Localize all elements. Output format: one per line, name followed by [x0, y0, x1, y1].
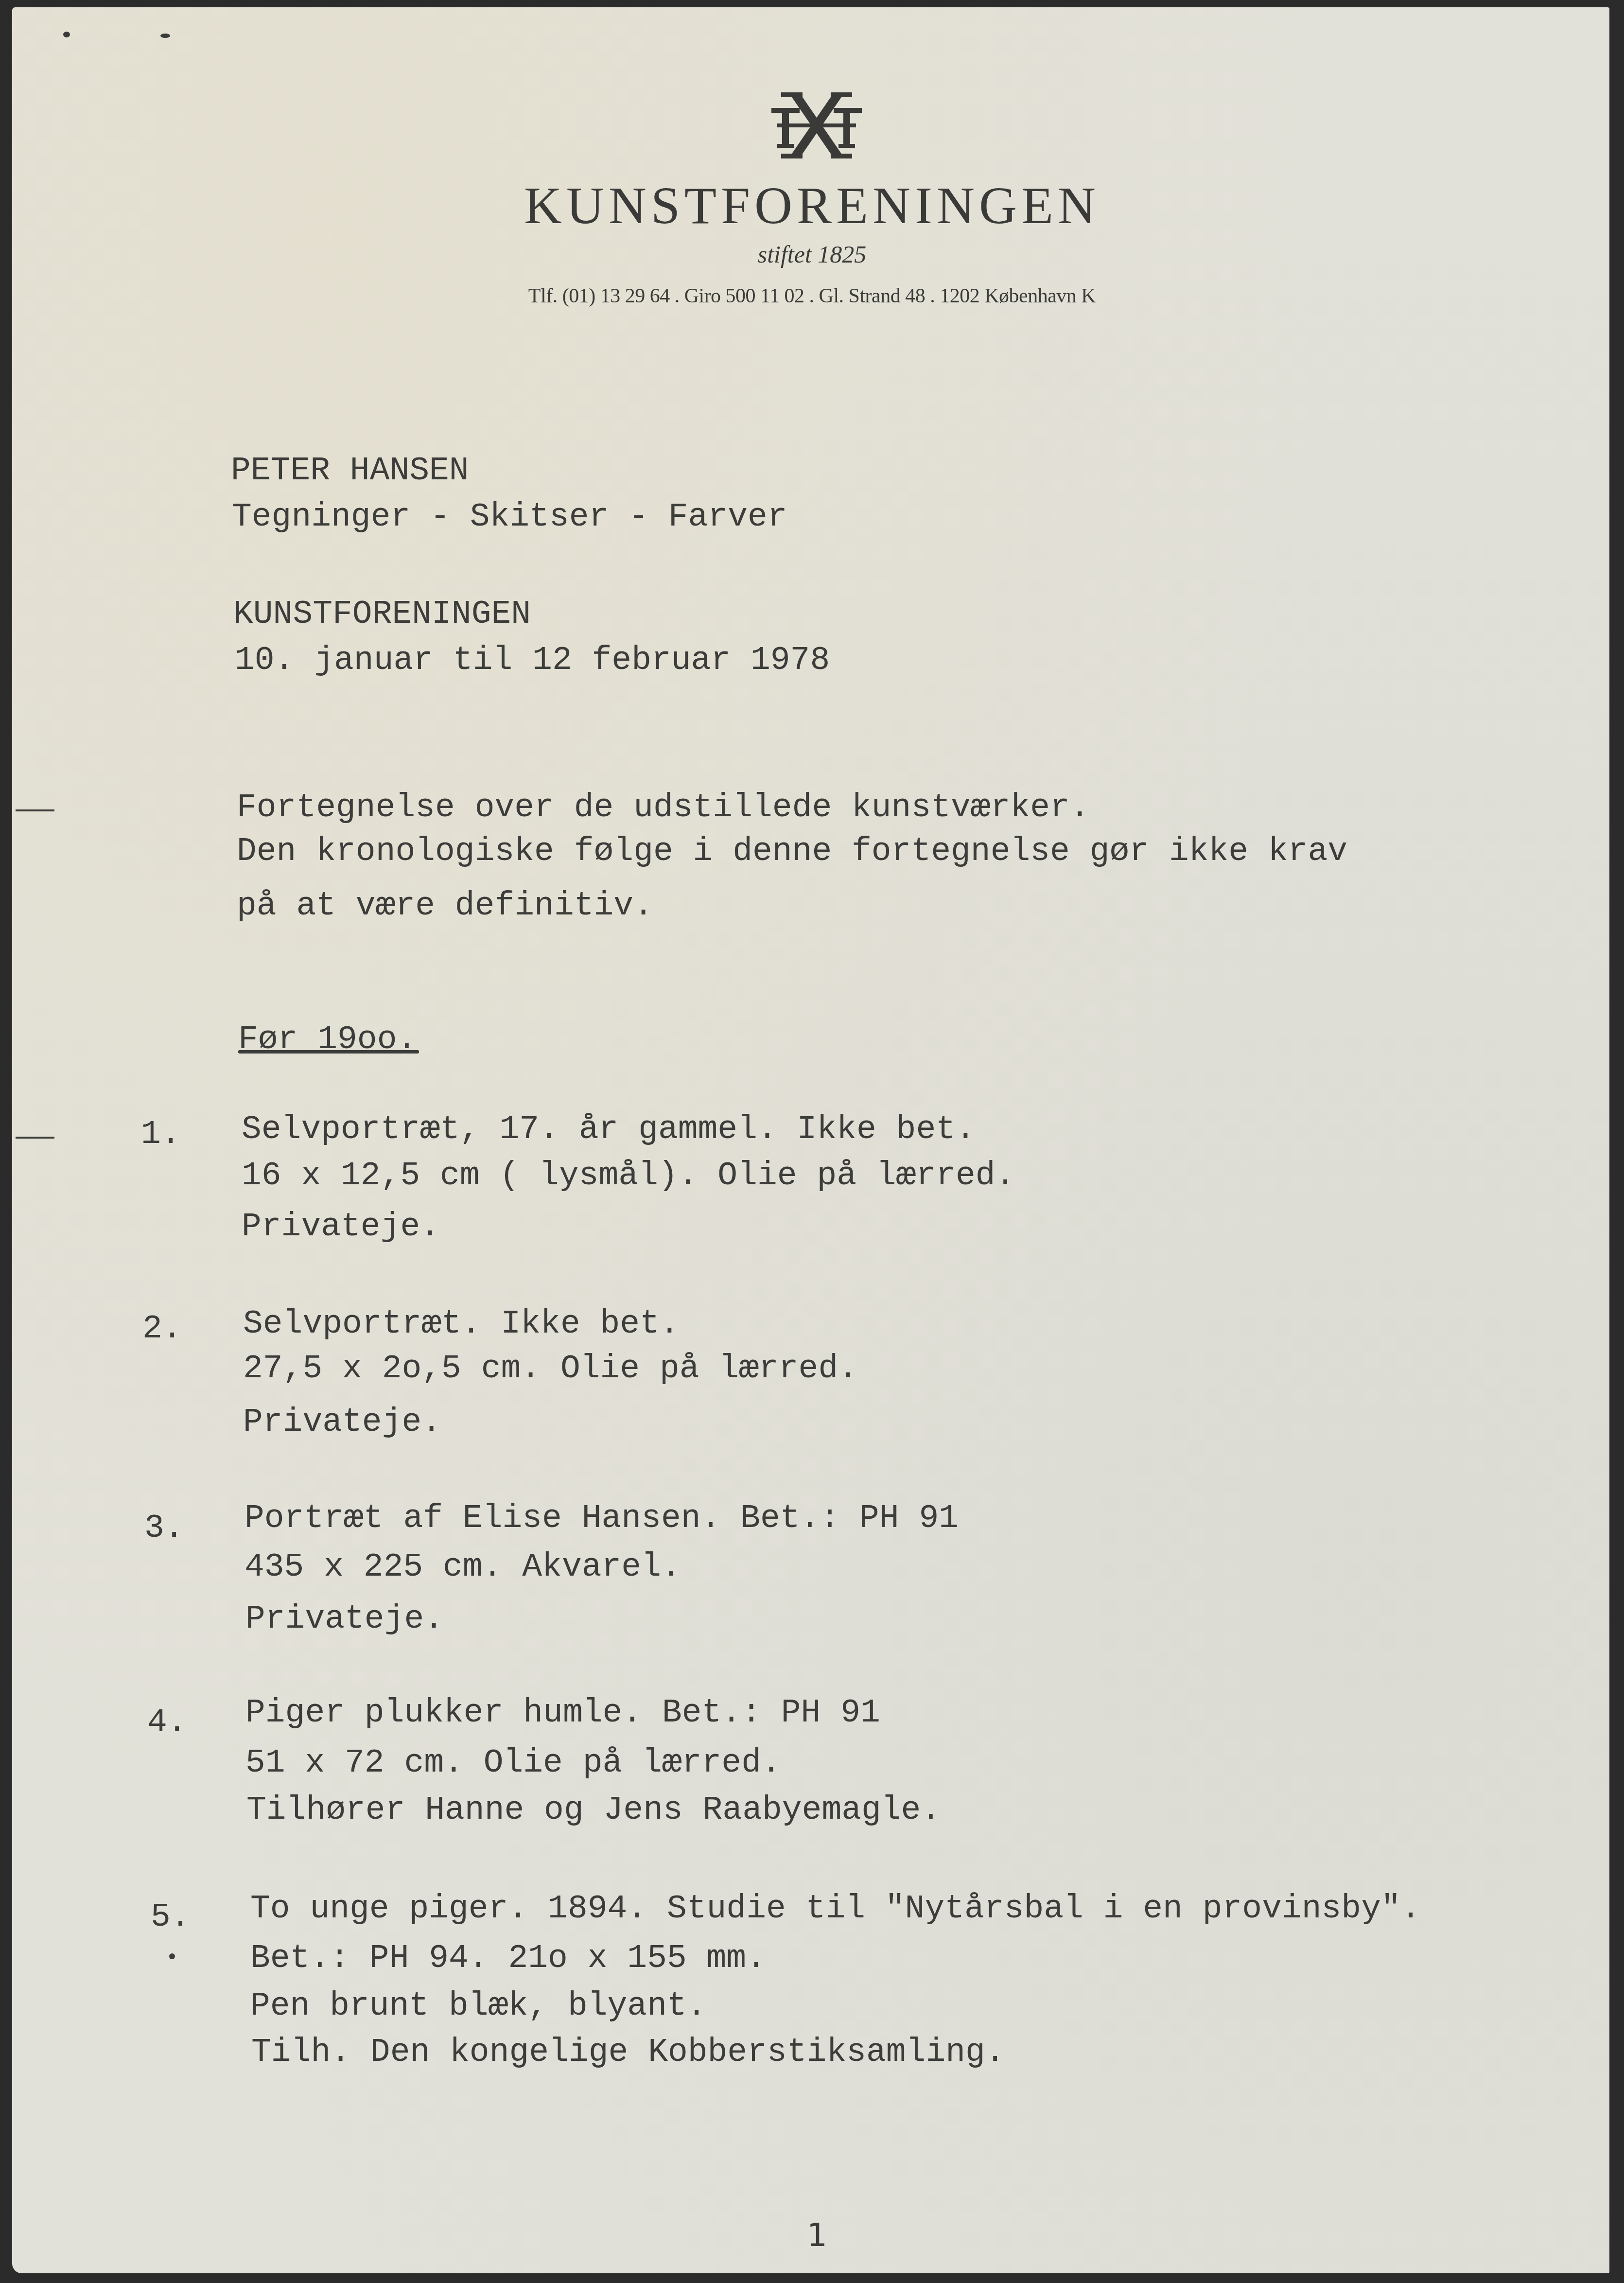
venue-name: KUNSTFORENINGEN — [233, 598, 531, 631]
artist-name: PETER HANSEN — [231, 455, 469, 488]
kf-monogram-icon — [770, 91, 863, 159]
founded-tagline: stiftet 1825 — [0, 242, 1624, 266]
contact-line: Tlf. (01) 13 29 64 . Giro 500 11 02 . Gl… — [0, 286, 1624, 306]
item-medium-line: Pen brunt blæk, blyant. — [250, 1990, 707, 2023]
item-owner-line: Privateje. — [242, 1211, 440, 1244]
item-title-line: Selvportræt, 17. år gammel. Ikke bet. — [242, 1113, 976, 1146]
item-signature-line: Bet.: PH 94. 21o x 155 mm. — [250, 1942, 766, 1975]
item-title-line: Piger plukker humle. Bet.: PH 91 — [245, 1697, 880, 1730]
item-owner-line: Privateje. — [245, 1603, 444, 1636]
item-dimensions-line: 16 x 12,5 cm ( lysmål). Olie på lærred. — [242, 1159, 1015, 1193]
item-dimensions-line: 435 x 225 cm. Akvarel. — [244, 1551, 681, 1584]
item-dimensions-line: 27,5 x 2o,5 cm. Olie på lærred. — [243, 1352, 858, 1386]
item-number: 4. — [147, 1706, 187, 1739]
item-owner-line: Privateje. — [243, 1406, 441, 1439]
margin-mark — [16, 1137, 54, 1139]
item-title-line: Portræt af Elise Hansen. Bet.: PH 91 — [244, 1502, 959, 1535]
section-heading-underline — [238, 1050, 419, 1054]
item-title-line: Selvportræt. Ikke bet. — [243, 1308, 680, 1341]
item-number: 2. — [142, 1313, 182, 1346]
item-number: 5. — [151, 1901, 191, 1934]
exhibition-subtitle: Tegninger - Skitser - Farver — [232, 501, 787, 534]
item-number: 1. — [141, 1118, 181, 1151]
intro-line-3: på at være definitiv. — [237, 890, 653, 923]
intro-line-2: Den kronologiske følge i denne fortegnel… — [237, 835, 1347, 868]
punch-hole-mark — [63, 32, 70, 37]
punch-hole-mark — [160, 34, 170, 38]
exhibition-dates: 10. januar til 12 februar 1978 — [235, 644, 830, 677]
item-owner-line: Tilh. Den kongelige Kobberstiksamling. — [251, 2036, 1005, 2069]
item-number: 3. — [144, 1512, 184, 1545]
item-title-line: To unge piger. 1894. Studie til "Nytårsb… — [250, 1893, 1421, 1926]
margin-dot-mark — [169, 1953, 175, 1959]
item-owner-line: Tilhører Hanne og Jens Raabyemagle. — [246, 1794, 941, 1827]
item-dimensions-line: 51 x 72 cm. Olie på lærred. — [245, 1747, 781, 1780]
intro-line-1: Fortegnelse over de udstillede kunstværk… — [237, 791, 1090, 825]
organization-name: KUNSTFORENINGEN — [0, 180, 1624, 232]
page-number: 1 — [807, 2219, 827, 2251]
margin-mark — [16, 809, 54, 811]
